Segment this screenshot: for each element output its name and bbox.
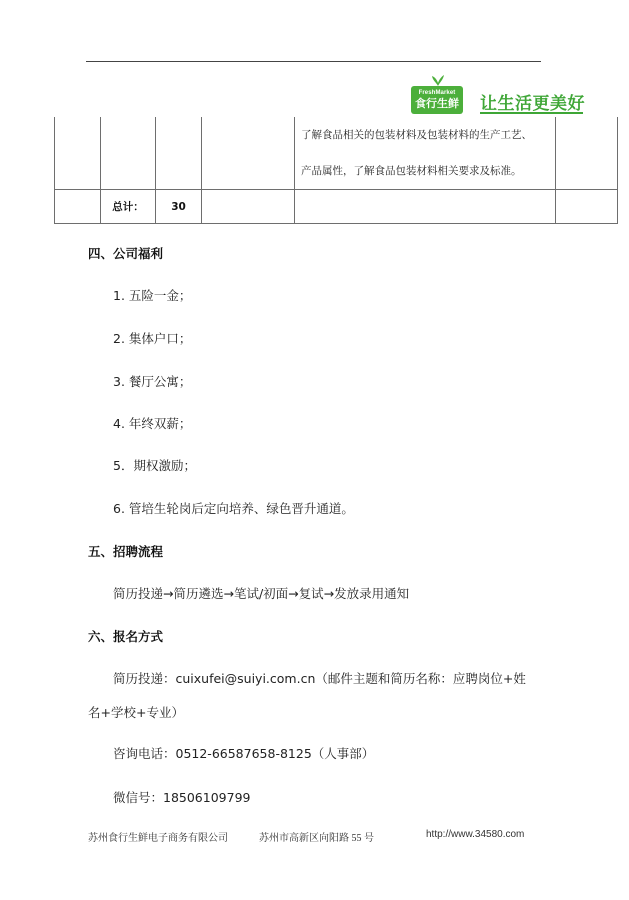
benefit-item: 5．期权激励； [113, 456, 196, 474]
section-title-process: 五、招聘流程 [88, 542, 163, 560]
brand-logo: FreshMarket 食行生鲜 [411, 86, 463, 114]
benefit-item: 2. 集体户口； [113, 329, 191, 347]
description-line: 产品属性，了解食品包装材料相关要求及标准。 [301, 153, 555, 189]
logo-text-cn: 食行生鲜 [411, 97, 463, 111]
table-cell [55, 117, 101, 190]
table-cell [295, 190, 556, 224]
slogan-underline [480, 112, 583, 114]
table-cell [202, 117, 295, 190]
logo-text-en: FreshMarket [411, 89, 463, 97]
total-value: 30 [156, 190, 202, 224]
slogan: 让生活更美好 [480, 89, 585, 114]
table-cell [55, 190, 101, 224]
footer-website[interactable]: http://www.34580.com [426, 829, 524, 840]
apply-email-line-cont: 名+学校+专业） [88, 703, 184, 721]
table-cell [156, 117, 202, 190]
benefit-item: 3. 餐厅公寓； [113, 372, 191, 390]
table-cell [556, 190, 618, 224]
section-title-benefits: 四、公司福利 [88, 244, 163, 262]
footer-company: 苏州食行生鲜电子商务有限公司 [88, 829, 228, 844]
section-title-apply: 六、报名方式 [88, 627, 163, 645]
benefit-item: 4. 年终双薪； [113, 414, 191, 432]
header-rule [86, 61, 541, 62]
total-label: 总计： [101, 190, 156, 224]
apply-email-line: 简历投递：cuixufei@suiyi.com.cn（邮件主题和简历名称：应聘岗… [113, 669, 526, 687]
table-cell [101, 117, 156, 190]
benefit-item: 6. 管培生轮岗后定向培养、绿色晋升通道。 [113, 499, 354, 517]
table-cell [556, 117, 618, 190]
description-line: 了解食品相关的包装材料及包装材料的生产工艺、 [301, 117, 555, 153]
table-row-total: 总计： 30 [55, 190, 618, 224]
leaf-icon [431, 74, 445, 86]
recruitment-process: 简历投递→简历遴选→笔试/初面→复试→发放录用通知 [113, 584, 409, 602]
training-plan-table: 了解食品相关的包装材料及包装材料的生产工艺、 产品属性，了解食品包装材料相关要求… [54, 117, 618, 224]
description-cell: 了解食品相关的包装材料及包装材料的生产工艺、 产品属性，了解食品包装材料相关要求… [295, 117, 556, 190]
table-cell [202, 190, 295, 224]
table-row: 了解食品相关的包装材料及包装材料的生产工艺、 产品属性，了解食品包装材料相关要求… [55, 117, 618, 190]
benefit-item: 1. 五险一金； [113, 286, 191, 304]
apply-wechat: 微信号：18506109799 [113, 788, 250, 806]
apply-phone: 咨询电话：0512-66587658-8125（人事部） [113, 744, 374, 762]
footer-address: 苏州市高新区向阳路 55 号 [259, 829, 374, 844]
